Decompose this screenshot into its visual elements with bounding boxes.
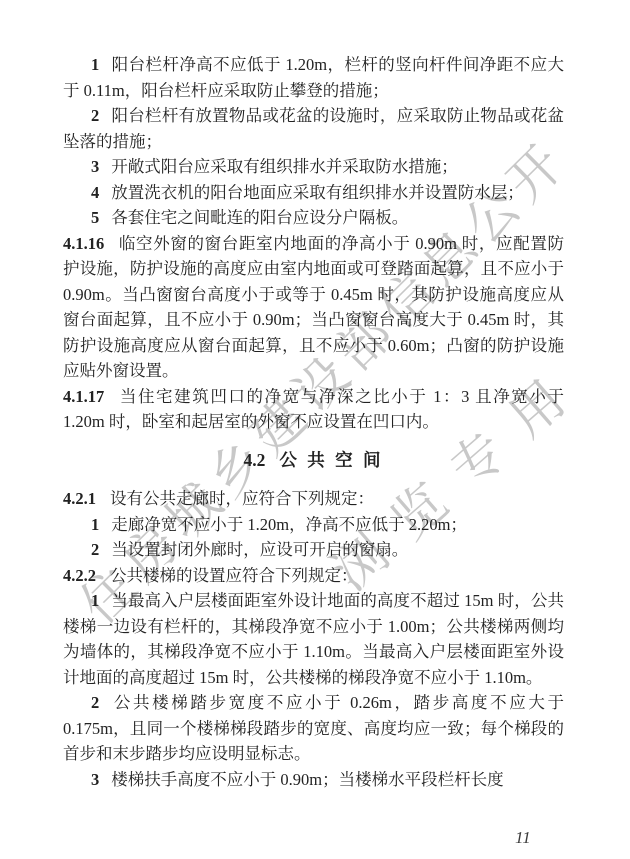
page-number: 11 [515, 828, 531, 848]
list-item: 1当最高入户层楼面距室外设计地面的高度不超过 15m 时，公共楼梯一边设有栏杆的… [63, 588, 564, 690]
clause-text: 公共楼梯的设置应符合下列规定： [110, 566, 358, 585]
item-text: 公共楼梯踏步宽度不应小于 0.26m，踏步高度不应大于 0.175m，且同一个楼… [63, 693, 564, 763]
item-text: 开敞式阳台应采取有组织排水并采取防水措施； [111, 157, 458, 176]
item-text: 阳台栏杆有放置物品或花盆的设施时，应采取防止物品或花盆坠落的措施； [63, 106, 564, 151]
clause-number: 4.2.2 [63, 566, 96, 585]
clause-paragraph: 4.2.2公共楼梯的设置应符合下列规定： [63, 563, 564, 589]
list-item: 2当设置封闭外廊时，应设可开启的窗扇。 [63, 537, 564, 563]
item-number: 2 [91, 540, 99, 559]
clause-number: 4.2.1 [63, 489, 96, 508]
list-item: 1走廊净宽不应小于 1.20m，净高不应低于 2.20m； [63, 512, 564, 538]
clause-text: 当住宅建筑凹口的净宽与净深之比小于 1：3 且净宽小于 1.20m 时，卧室和起… [63, 387, 564, 432]
item-text: 当设置封闭外廊时，应设可开启的窗扇。 [111, 540, 408, 559]
item-text: 各套住宅之间毗连的阳台应设分户隔板。 [111, 208, 408, 227]
document-page: 住房城乡建设部信息公开 浏览专用 1阳台栏杆净高不应低于 1.20m，栏杆的竖向… [0, 0, 630, 859]
list-item: 2公共楼梯踏步宽度不应小于 0.26m，踏步高度不应大于 0.175m，且同一个… [63, 690, 564, 767]
item-number: 2 [91, 693, 99, 712]
item-number: 1 [91, 591, 99, 610]
text-block-upper: 1阳台栏杆净高不应低于 1.20m，栏杆的竖向杆件间净距不应大于 0.11m，阳… [63, 52, 564, 435]
list-item: 2阳台栏杆有放置物品或花盆的设施时，应采取防止物品或花盆坠落的措施； [63, 103, 564, 154]
item-text: 当最高入户层楼面距室外设计地面的高度不超过 15m 时，公共楼梯一边设有栏杆的，… [63, 591, 564, 687]
item-number: 4 [91, 183, 99, 202]
item-text: 阳台栏杆净高不应低于 1.20m，栏杆的竖向杆件间净距不应大于 0.11m，阳台… [63, 55, 564, 100]
item-text: 楼梯扶手高度不应小于 0.90m；当楼梯水平段栏杆长度 [111, 770, 503, 789]
text-block-lower: 4.2.1设有公共走廊时，应符合下列规定： 1走廊净宽不应小于 1.20m，净高… [63, 486, 564, 792]
item-number: 1 [91, 55, 99, 74]
clause-number: 4.1.16 [63, 234, 104, 253]
clause-paragraph: 4.1.16临空外窗的窗台距室内地面的净高小于 0.90m 时，应配置防护设施，… [63, 231, 564, 384]
section-title: 公 共 空 间 [279, 450, 383, 470]
item-number: 1 [91, 515, 99, 534]
item-number: 3 [91, 770, 99, 789]
list-item: 3开敞式阳台应采取有组织排水并采取防水措施； [63, 154, 564, 180]
item-number: 3 [91, 157, 99, 176]
section-heading: 4.2公 共 空 间 [63, 448, 564, 473]
item-number: 2 [91, 106, 99, 125]
item-text: 放置洗衣机的阳台地面应采取有组织排水并设置防水层； [111, 183, 524, 202]
list-item: 3楼梯扶手高度不应小于 0.90m；当楼梯水平段栏杆长度 [63, 767, 564, 793]
clause-text: 临空外窗的窗台距室内地面的净高小于 0.90m 时，应配置防护设施，防护设施的高… [63, 234, 564, 381]
list-item: 1阳台栏杆净高不应低于 1.20m，栏杆的竖向杆件间净距不应大于 0.11m，阳… [63, 52, 564, 103]
section-number: 4.2 [244, 450, 266, 470]
list-item: 5各套住宅之间毗连的阳台应设分户隔板。 [63, 205, 564, 231]
clause-text: 设有公共走廊时，应符合下列规定： [110, 489, 374, 508]
clause-paragraph: 4.1.17当住宅建筑凹口的净宽与净深之比小于 1：3 且净宽小于 1.20m … [63, 384, 564, 435]
list-item: 4放置洗衣机的阳台地面应采取有组织排水并设置防水层； [63, 180, 564, 206]
clause-paragraph: 4.2.1设有公共走廊时，应符合下列规定： [63, 486, 564, 512]
item-text: 走廊净宽不应小于 1.20m，净高不应低于 2.20m； [111, 515, 467, 534]
item-number: 5 [91, 208, 99, 227]
clause-number: 4.1.17 [63, 387, 104, 406]
